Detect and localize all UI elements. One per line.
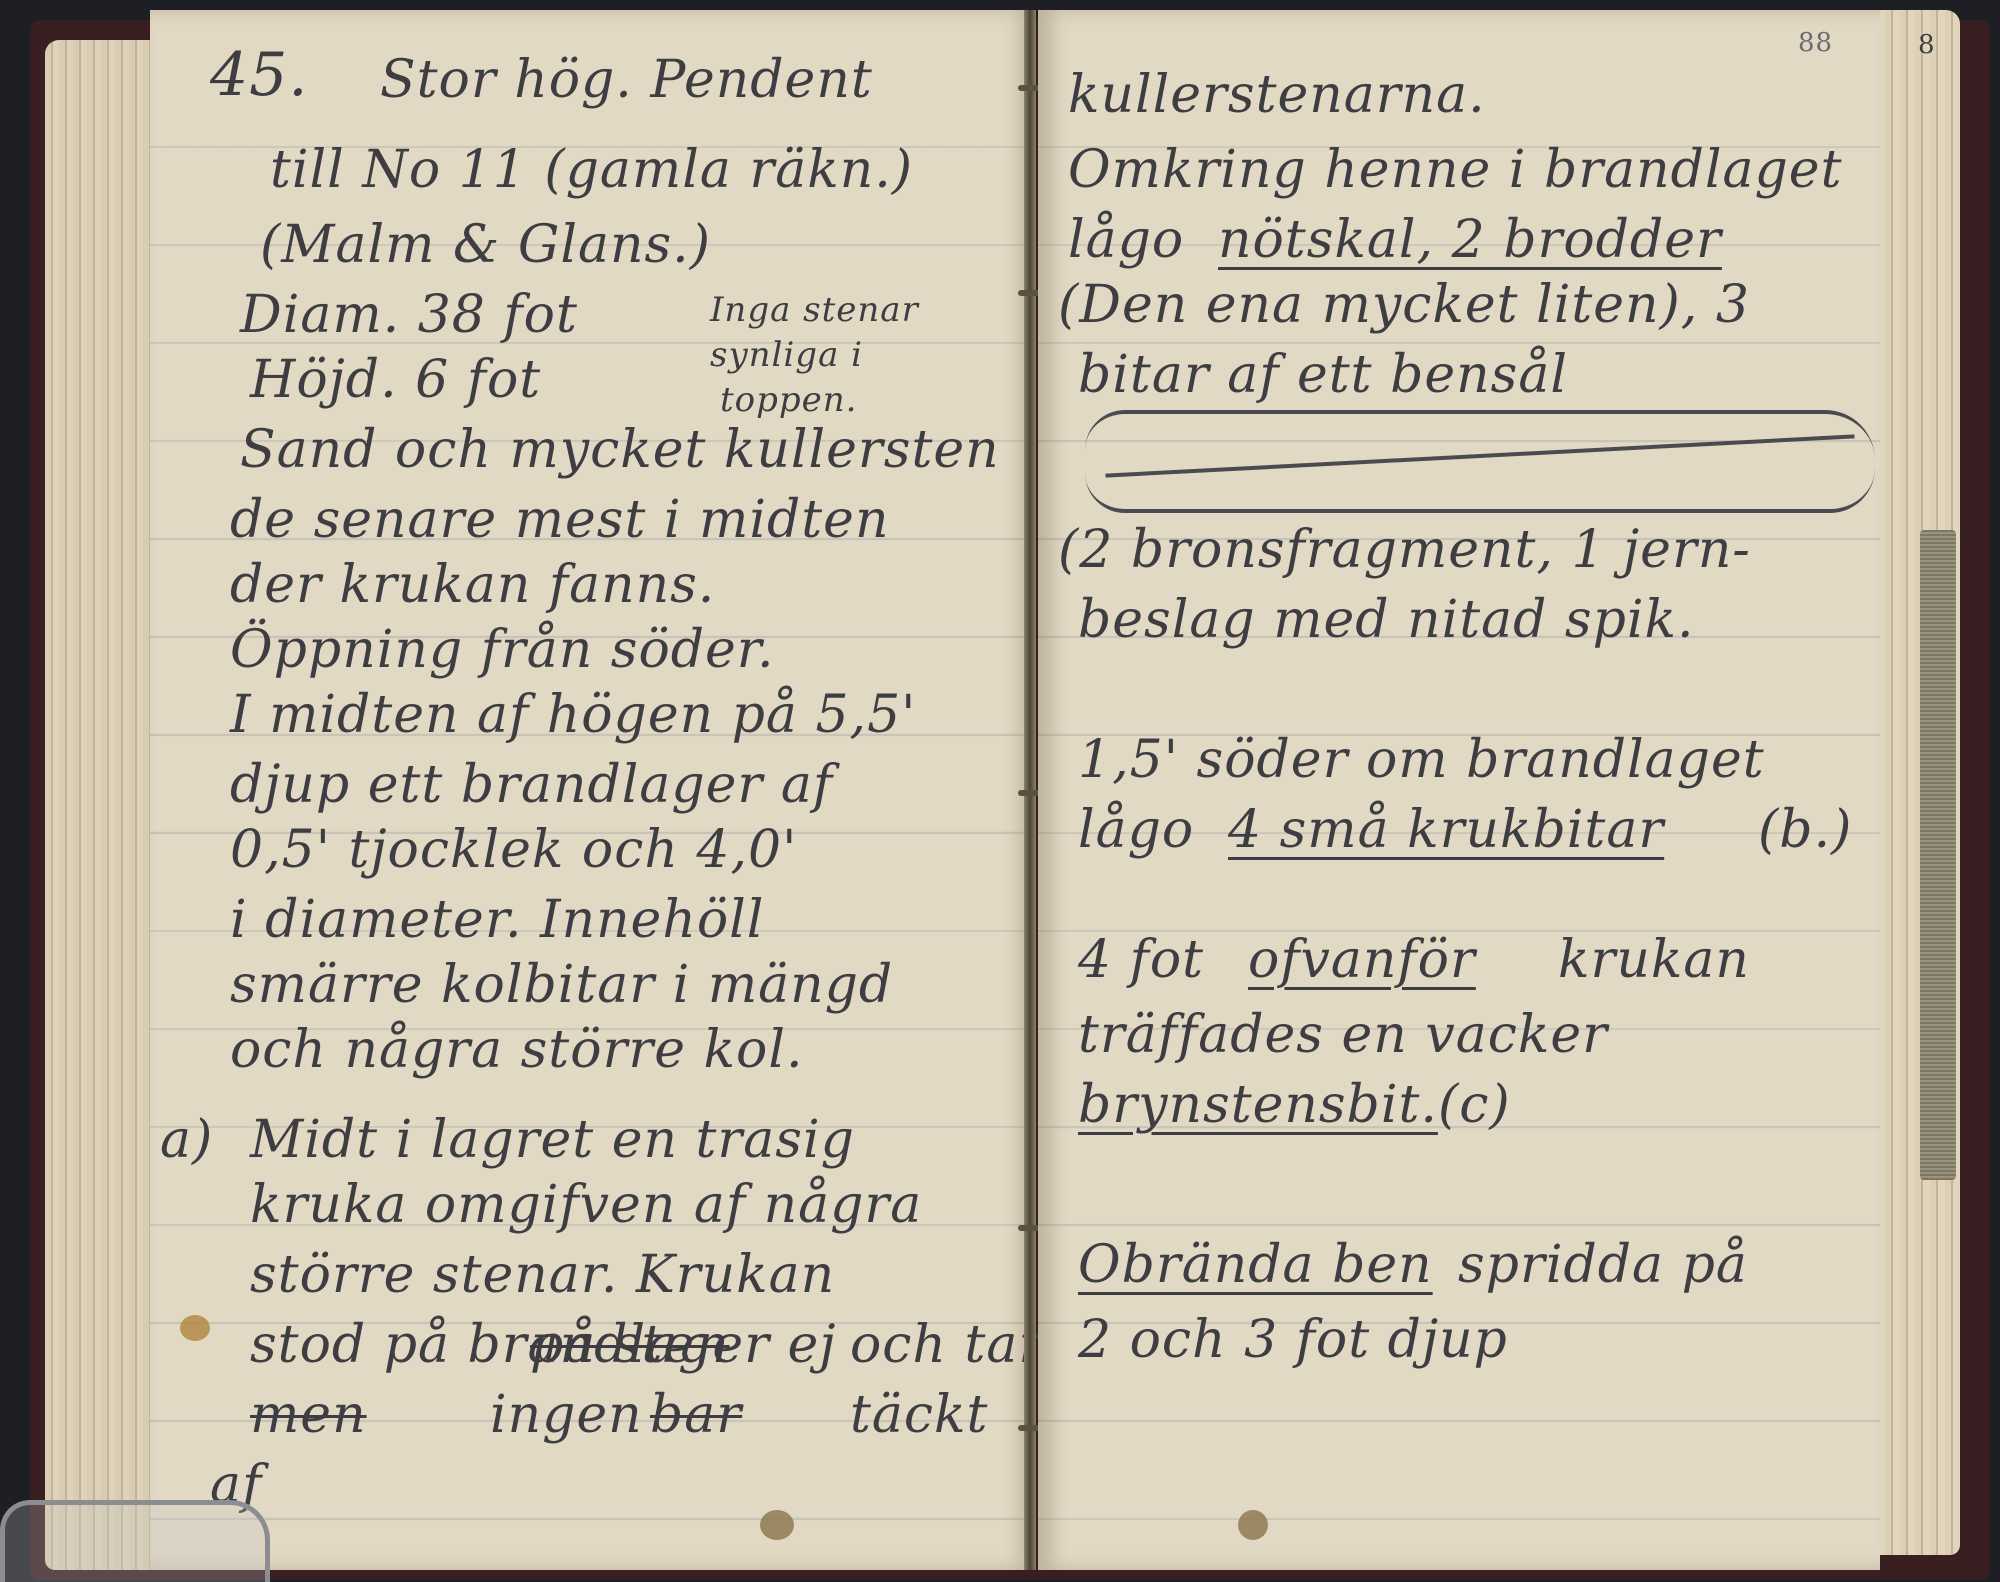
- text-line: lågo: [1068, 210, 1184, 270]
- text-line: de senare mest i midten: [230, 490, 889, 550]
- binding-stitch: [1018, 1225, 1040, 1231]
- text-line: djup ett brandlager af: [230, 755, 833, 815]
- metal-clip: [0, 1500, 270, 1582]
- text-line: (Malm & Glans.): [260, 215, 711, 275]
- text-line: till No 11 (gamla räkn.): [270, 140, 913, 200]
- text-line: beslag med nitad spik.: [1078, 590, 1695, 650]
- text-line: nötskal, 2 brodder: [1218, 210, 1722, 270]
- entry-number: 45.: [210, 40, 308, 110]
- text-line: Obrända ben: [1078, 1235, 1433, 1295]
- side-note: synliga i: [710, 335, 863, 375]
- text-line: spridda på: [1458, 1235, 1748, 1295]
- text-line: I midten af högen på 5,5': [230, 685, 916, 745]
- text-line: ofvanför: [1248, 930, 1476, 990]
- struck-text: bar: [650, 1385, 742, 1445]
- text-line: Öppning från söder.: [230, 620, 774, 680]
- text-line: 2 och 3 fot djup: [1078, 1310, 1508, 1370]
- text-line: Diam. 38 fot: [240, 285, 578, 345]
- text-line: Sand och mycket kullersten: [240, 420, 1000, 480]
- text-line: ingen: [490, 1385, 643, 1445]
- crossed-out-line: [1085, 410, 1875, 513]
- text-line: Omkring henne i brandlaget: [1068, 140, 1842, 200]
- text-line: täckt: [850, 1385, 988, 1445]
- left-page: 45. Stor hög. Pendent till No 11 (gamla …: [150, 10, 1032, 1570]
- struck-text: men: [250, 1385, 367, 1445]
- text-line: kullerstenarna.: [1068, 65, 1486, 125]
- paper-stain: [760, 1510, 794, 1540]
- text-line: större stenar. Krukan: [250, 1245, 835, 1305]
- binding-stitch: [1018, 290, 1040, 296]
- text-line: i diameter. Innehöll: [230, 890, 764, 950]
- paper-stain: [180, 1315, 210, 1341]
- page-number: 88: [1798, 28, 1833, 58]
- margin-note: a): [160, 1110, 213, 1170]
- paper-stain: [1238, 1510, 1268, 1540]
- left-page-edges: [45, 40, 165, 1570]
- text-line: 4 fot: [1078, 930, 1204, 990]
- text-line: bitar af ett bensål: [1078, 345, 1568, 405]
- text-line: krukan: [1558, 930, 1750, 990]
- text-line: Höjd. 6 fot: [250, 350, 541, 410]
- text-line: Midt i lagret en trasig: [250, 1110, 855, 1170]
- text-line: kruka omgifven af några: [250, 1175, 922, 1235]
- binding-stitch: [1018, 1425, 1040, 1431]
- text-line: brynstensbit.: [1078, 1075, 1438, 1135]
- text-line: 1,5' söder om brandlaget: [1078, 730, 1765, 790]
- side-note: toppen.: [720, 380, 858, 420]
- struck-text: på sten: [530, 1315, 730, 1375]
- text-line: (b.): [1758, 800, 1852, 860]
- text-line: (Den ena mycket liten), 3: [1058, 275, 1750, 335]
- side-note: Inga stenar: [710, 290, 919, 330]
- text-line: der krukan fanns.: [230, 555, 715, 615]
- bookmark-ribbon: [1920, 530, 1956, 1180]
- edge-page-number: 8: [1918, 30, 1936, 60]
- binding-stitch: [1018, 790, 1040, 796]
- text-line: 4 små krukbitar: [1228, 800, 1664, 860]
- right-page-edges: 8: [1870, 10, 1960, 1555]
- binding-stitch: [1018, 85, 1040, 91]
- text-line: träffades en vacker: [1078, 1005, 1608, 1065]
- text-line: (2 bronsfragment, 1 jern-: [1058, 520, 1751, 580]
- text-line: lågo: [1078, 800, 1194, 860]
- text-line: och några större kol.: [230, 1020, 804, 1080]
- text-line: 0,5' tjocklek och 4,0': [230, 820, 797, 880]
- entry-title: Stor hög. Pendent: [380, 50, 873, 110]
- text-line: (c): [1438, 1075, 1511, 1135]
- right-page: 88 kullerstenarna. Omkring henne i brand…: [1038, 10, 1880, 1570]
- text-line: smärre kolbitar i mängd: [230, 955, 893, 1015]
